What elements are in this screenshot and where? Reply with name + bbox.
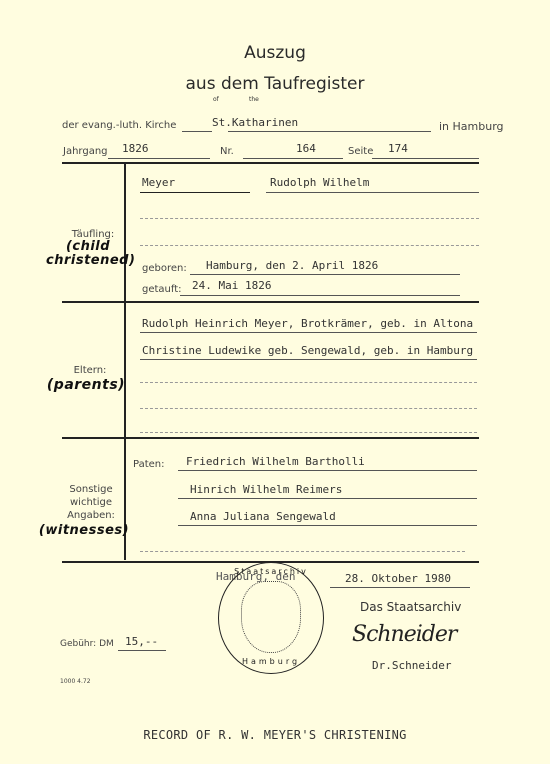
- form-number: 1000 4.72: [60, 678, 91, 685]
- document-subtitle: aus dem Taufregister: [0, 74, 550, 94]
- handwritten-witnesses-label: (witnesses): [36, 524, 132, 538]
- baptized-label: getauft:: [142, 284, 182, 295]
- page-value: 174: [388, 142, 408, 155]
- issue-date-underline: [330, 587, 470, 588]
- caption: RECORD OF R. W. MEYER'S CHRISTENING: [0, 728, 550, 742]
- blank-line: [140, 245, 479, 246]
- parents-label: Eltern:: [56, 364, 124, 377]
- year-label: Jahrgang: [63, 146, 108, 157]
- surname-underline: [140, 192, 250, 193]
- father-underline: [140, 332, 477, 333]
- godparent-1-underline: [178, 470, 477, 471]
- handwritten-parents-label: (parents): [44, 378, 128, 392]
- born-underline: [190, 274, 460, 275]
- handwritten-child-label-1: (child: [52, 240, 124, 254]
- other-label-line2: wichtige: [56, 496, 126, 509]
- seal-text-bottom: Hamburg: [219, 657, 323, 666]
- year-value: 1826: [122, 142, 149, 155]
- baptized-value: 24. Mai 1826: [192, 279, 271, 292]
- fee-underline: [118, 650, 166, 651]
- official-seal: Staatsarchiv Hamburg: [218, 562, 324, 674]
- godparents-label: Paten:: [133, 459, 165, 470]
- mother-entry: Christine Ludewike geb. Sengewald, geb. …: [142, 344, 473, 357]
- other-label-line3: Angaben:: [56, 509, 126, 522]
- fee-label: Gebühr: DM: [60, 639, 114, 649]
- church-label: der evang.-luth. Kirche: [62, 120, 176, 131]
- page-underline: [372, 158, 479, 159]
- church-underline-b: [228, 131, 431, 132]
- handwritten-note-the: the: [249, 96, 259, 103]
- blank-line: [140, 551, 465, 552]
- godparent-1: Friedrich Wilhelm Bartholli: [186, 455, 365, 468]
- church-suffix: in Hamburg: [439, 120, 504, 133]
- godparent-3: Anna Juliana Sengewald: [190, 510, 336, 523]
- issuing-authority: Das Staatsarchiv: [360, 600, 461, 614]
- page-label: Seite: [348, 146, 373, 157]
- blank-line: [140, 218, 479, 219]
- child-surname: Meyer: [142, 176, 175, 189]
- church-value: St.Katharinen: [212, 116, 298, 129]
- mother-underline: [140, 359, 477, 360]
- given-names-underline: [266, 192, 479, 193]
- father-entry: Rudolph Heinrich Meyer, Brotkrämer, geb.…: [142, 317, 473, 330]
- godparent-3-underline: [178, 525, 477, 526]
- born-value: Hamburg, den 2. April 1826: [206, 259, 378, 272]
- parents-section-bottom-rule: [62, 437, 479, 439]
- born-label: geboren:: [142, 263, 187, 274]
- other-label-line1: Sonstige: [56, 483, 126, 496]
- church-underline-a: [182, 131, 212, 132]
- seal-text-top: Staatsarchiv: [219, 567, 323, 576]
- nr-underline: [243, 158, 343, 159]
- nr-value: 164: [296, 142, 316, 155]
- document-title: Auszug: [0, 43, 550, 63]
- blank-line: [140, 382, 477, 383]
- blank-line: [140, 432, 477, 433]
- godparent-2-underline: [178, 498, 477, 499]
- baptized-underline: [180, 295, 460, 296]
- fee-value: 15,--: [125, 635, 158, 648]
- year-underline: [108, 158, 210, 159]
- coat-of-arms-icon: [241, 581, 301, 653]
- signer-name: Dr.Schneider: [372, 659, 451, 672]
- blank-line: [140, 408, 477, 409]
- handwritten-note-of: of: [213, 96, 219, 103]
- child-section-bottom-rule: [62, 301, 479, 303]
- handwritten-child-label-2: christened): [46, 254, 128, 268]
- issue-date: 28. Oktober 1980: [345, 572, 451, 585]
- godparent-2: Hinrich Wilhelm Reimers: [190, 483, 342, 496]
- child-given-names: Rudolph Wilhelm: [270, 176, 369, 189]
- nr-label: Nr.: [220, 146, 234, 157]
- signature: Schneider: [352, 622, 456, 647]
